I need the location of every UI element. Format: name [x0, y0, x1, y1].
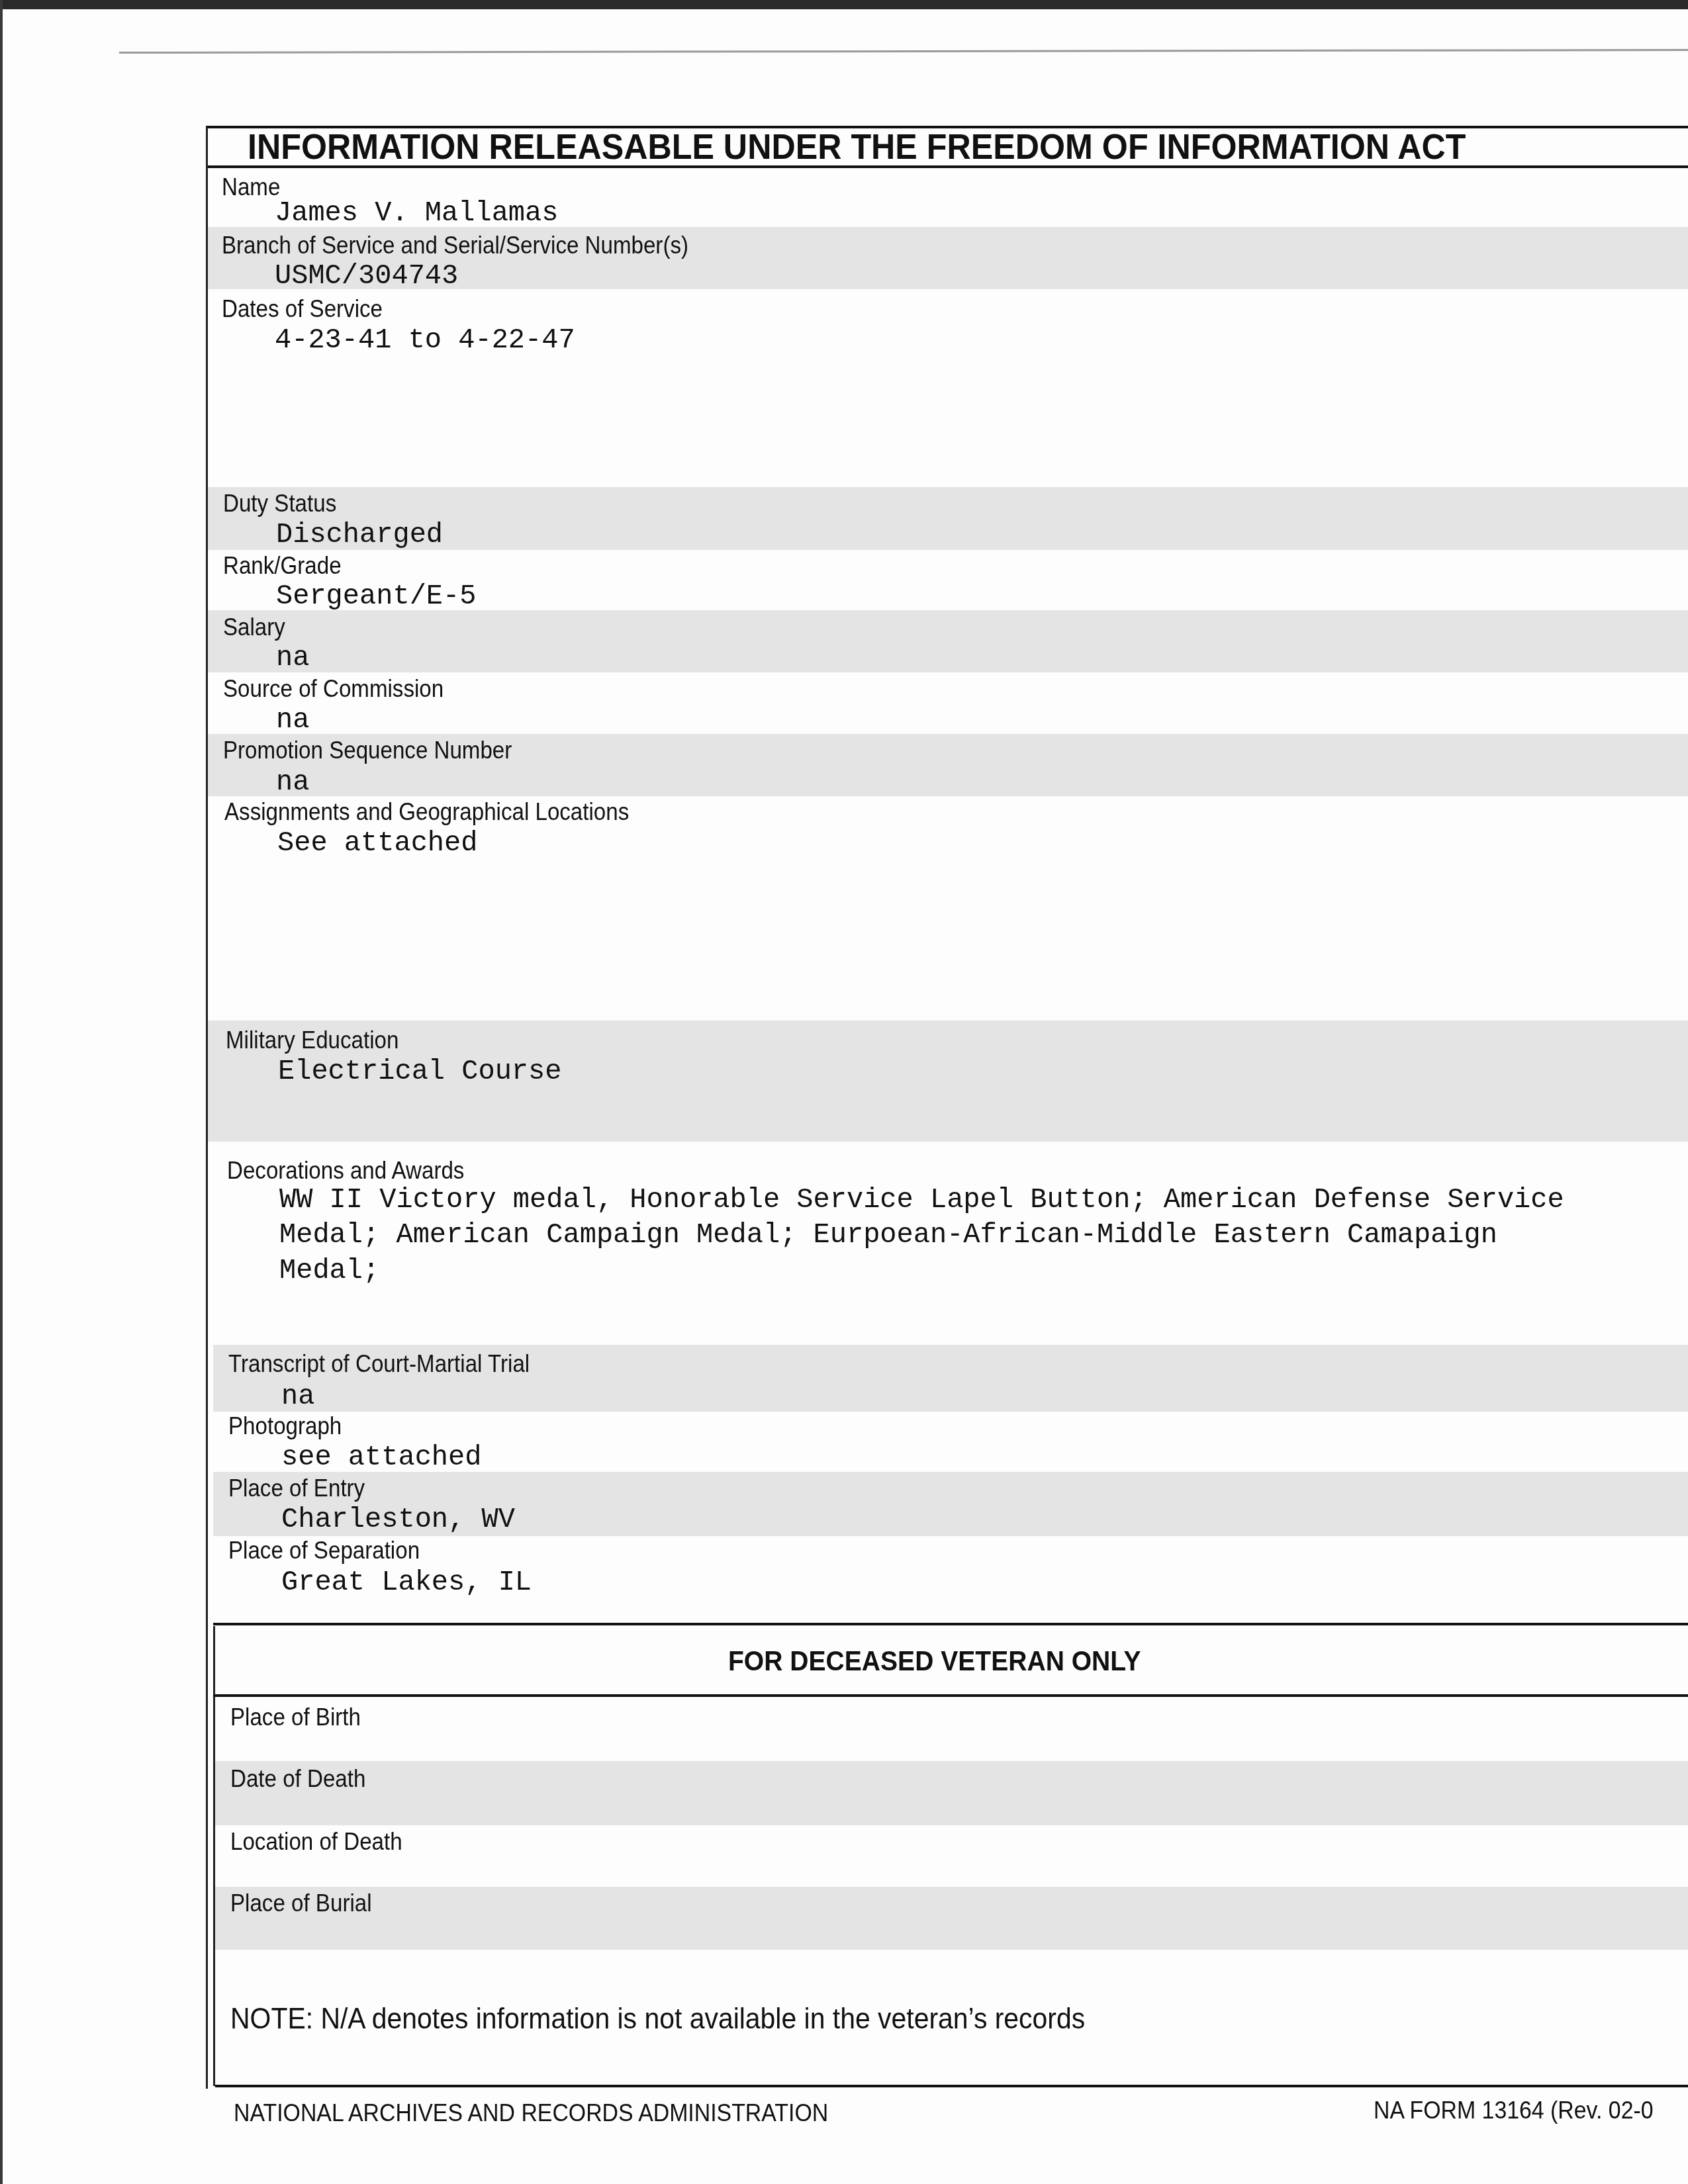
field-value: See attached — [277, 827, 477, 859]
field-label: Place of Separation — [228, 1537, 420, 1565]
footer-form-number: NA FORM 13164 (Rev. 02-0 — [1374, 2097, 1654, 2124]
field-label: Military Education — [226, 1026, 399, 1054]
field-value: see attached — [281, 1441, 481, 1473]
field-label: Date of Death — [230, 1765, 365, 1793]
field-value: USMC/304743 — [275, 260, 458, 292]
field-value: na — [276, 766, 309, 798]
form-bottom-border — [215, 2085, 1688, 2087]
field-label: Dates of Service — [222, 295, 383, 323]
foia-form: INFORMATION RELEASABLE UNDER THE FREEDOM… — [206, 126, 1688, 2089]
field-value: na — [281, 1381, 314, 1412]
field-value: Electrical Course — [278, 1056, 561, 1087]
na-note: NOTE: N/A denotes information is not ava… — [230, 2003, 1085, 2036]
field-label: Photograph — [228, 1412, 342, 1440]
field-label: Place of Birth — [230, 1704, 361, 1731]
field-label: Place of Burial — [230, 1889, 372, 1917]
field-value-line: Medal; — [279, 1255, 379, 1287]
field-label: Transcript of Court-Martial Trial — [228, 1350, 530, 1378]
form-title: INFORMATION RELEASABLE UNDER THE FREEDOM… — [248, 126, 1466, 167]
field-label: Name — [222, 173, 280, 201]
section-divider — [213, 1623, 1688, 1625]
scan-edge-left — [0, 0, 3, 2184]
field-value: na — [276, 642, 309, 674]
footer-agency: NATIONAL ARCHIVES AND RECORDS ADMINISTRA… — [234, 2099, 828, 2127]
field-value-line: Medal; American Campaign Medal; Eurpoean… — [279, 1219, 1497, 1251]
field-label: Source of Commission — [223, 675, 444, 703]
field-value-line: WW II Victory medal, Honorable Service L… — [279, 1184, 1564, 1216]
field-label: Assignments and Geographical Locations — [224, 798, 629, 826]
scan-edge-top — [0, 0, 1688, 9]
page-rule — [119, 49, 1688, 54]
field-value: Sergeant/E-5 — [276, 580, 476, 612]
field-value: Discharged — [276, 519, 443, 551]
deceased-section-title: FOR DECEASED VETERAN ONLY — [728, 1645, 1141, 1677]
field-value: Great Lakes, IL — [281, 1567, 532, 1598]
field-value: Charleston, WV — [281, 1504, 515, 1535]
form-title-bar: INFORMATION RELEASABLE UNDER THE FREEDOM… — [208, 128, 1688, 168]
field-label: Place of Entry — [228, 1475, 365, 1502]
field-value: na — [276, 704, 309, 736]
field-label: Location of Death — [230, 1828, 402, 1856]
field-label: Duty Status — [223, 490, 336, 518]
field-value: 4-23-41 to 4-22-47 — [275, 324, 575, 356]
field-label: Branch of Service and Serial/Service Num… — [222, 232, 688, 259]
field-label: Salary — [223, 614, 285, 641]
section-divider — [213, 1694, 1688, 1697]
field-value: James V. Mallamas — [275, 197, 558, 229]
field-label: Promotion Sequence Number — [223, 737, 512, 764]
field-label: Decorations and Awards — [227, 1157, 464, 1185]
field-label: Rank/Grade — [223, 552, 342, 580]
